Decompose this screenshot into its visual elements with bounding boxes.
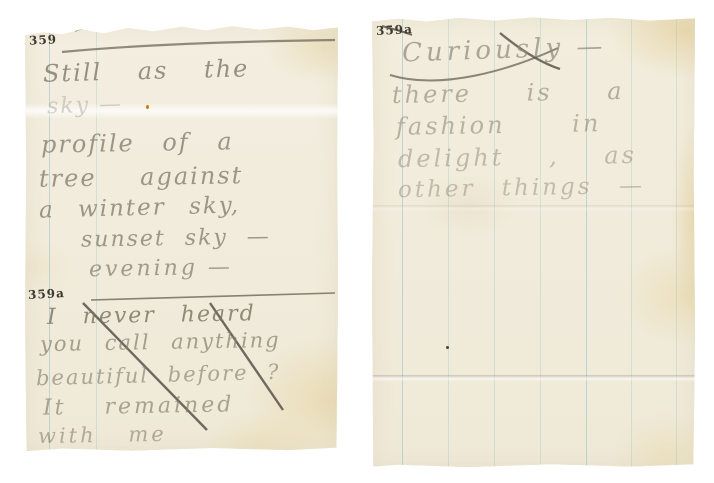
handwritten-line: profile of a xyxy=(41,129,234,156)
handwritten-line: sunset sky — xyxy=(81,226,271,251)
pencil-rule-stroke-top xyxy=(62,40,335,52)
torn-top-scribble-stroke xyxy=(75,25,139,31)
handwritten-line: evening — xyxy=(89,257,233,282)
catalogue-number-359a-left: 359a xyxy=(28,286,66,302)
ruled-line xyxy=(631,17,632,467)
handwritten-line-struck: beautiful before ? xyxy=(36,362,281,389)
handwritten-line: fashion in xyxy=(396,111,602,139)
paper-crease xyxy=(372,205,695,212)
catalogue-number-359a-right: 359a xyxy=(376,22,414,38)
scanned-document-background: 359 359a Still as the sky — profile of a… xyxy=(0,0,714,483)
pencil-divider-stroke xyxy=(91,293,335,300)
handwritten-line-struck: you call anything xyxy=(40,330,281,355)
handwritten-line: other things — xyxy=(398,175,645,202)
handwritten-line-struck: with me xyxy=(38,424,167,447)
paper-fold-tear xyxy=(372,375,695,382)
handwritten-line: Curiously — xyxy=(402,33,607,66)
paper-fleck xyxy=(146,105,149,109)
handwritten-line-faded: sky — xyxy=(47,94,124,119)
handwritten-line: tree against xyxy=(39,163,244,191)
handwritten-line: there is a xyxy=(392,79,625,107)
catalogue-number-359: 359 xyxy=(29,32,58,47)
handwritten-line: Still as the xyxy=(43,56,250,85)
handwritten-line-struck: It remained xyxy=(43,394,235,419)
handwritten-line: a winter sky, xyxy=(39,194,241,222)
handwritten-line: delight , as xyxy=(398,143,637,171)
handwritten-line-struck: I never heard xyxy=(47,303,256,329)
paper-speck xyxy=(446,346,449,349)
manuscript-page-right: 359a Curiously — there is a fashion in d… xyxy=(372,17,695,467)
manuscript-page-left: 359 359a Still as the sky — profile of a… xyxy=(25,25,338,451)
ruled-line xyxy=(676,17,677,467)
